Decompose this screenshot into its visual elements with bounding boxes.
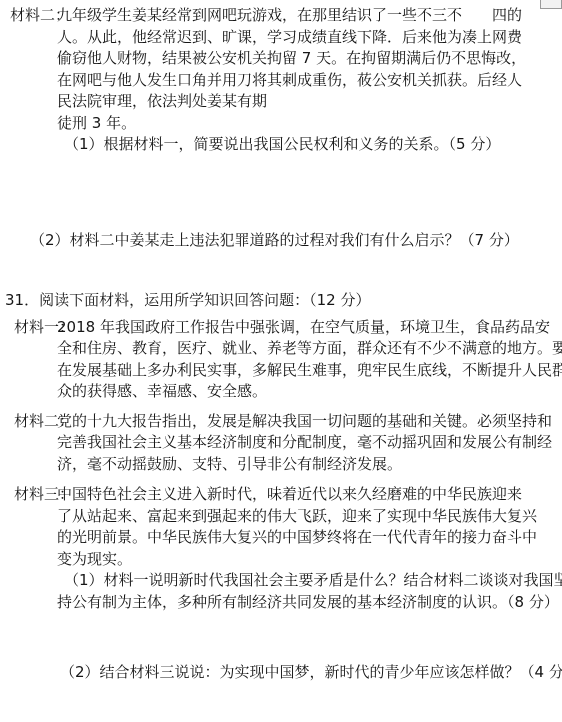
q31-material3-block: 材料三： 中国特色社会主义进入新时代，味着近代以来久经磨难的中华民族迎来 了从站…: [0, 484, 562, 613]
q31-question2-text: （2）结合材料三说说：为实现中国梦，新时代的青少年应该怎样做？（4 分）: [0, 662, 562, 684]
q31-sub-question1-line: （1）材料一说明新时代我国社会主要矛盾是什么？结合材料二谈谈对我国坚: [57, 570, 562, 592]
scanned-exam-page: 材料二： 九年级学生姜某经常到网吧玩游戏，在那里结识了一些不三不 四的 人。从此…: [0, 0, 562, 722]
material2-label: 材料二：: [10, 5, 70, 27]
material2-line: 民法院审理，依法判处姜某有期: [57, 91, 562, 113]
q31-material1-label: 材料一：: [14, 317, 74, 339]
q31-material1-block: 材料一： 2018 年我国政府工作报告中强张调，在空气质量，环境卫生，食品药品安…: [0, 317, 562, 403]
q31-material1-line: 2018 年我国政府工作报告中强张调，在空气质量，环境卫生，食品药品安: [57, 317, 562, 339]
q31-material1-line: 全和住房、教育，医疗、就业、养老等方面，群众还有不少不满意的地方。要: [57, 338, 562, 360]
q31-material2-label: 材料二：: [14, 411, 74, 433]
q31-sub-question1-line: 持公有制为主体，多种所有制经济共同发展的基本经济制度的认识。（8 分）: [57, 592, 562, 614]
question2-text: （2）材料二中姜某走上违法犯罪道路的过程对我们有什么启示？（7 分）: [0, 230, 562, 252]
q31-material3-line: 了从站起来、富起来到强起来的伟大飞跃，迎来了实现中华民族伟大复兴: [57, 506, 562, 528]
q31-material3-line: 的光明前景。中华民族伟大复兴的中国梦终将在一代代青年的接力奋斗中: [57, 527, 562, 549]
q31-material2-line: 济，毫不动摇鼓励、支特、引导非公有制经济发展。: [57, 454, 562, 476]
material2-line: 九年级学生姜某经常到网吧玩游戏，在那里结识了一些不三不 四的: [57, 5, 562, 27]
q31-material3-line: 变为现实。: [57, 549, 562, 571]
material2-line: 偷窃他人财物，结果被公安机关拘留 7 天。在拘留期满后仍不思悔改，: [57, 48, 562, 70]
q31-material2-line: 完善我国社会主义基本经济制度和分配制度，毫不动摇巩固和发展公有制经: [57, 432, 562, 454]
q31-material2-block: 材料二： 党的十九大报告指出，发展是解决我国一切问题的基础和关键。必须坚持和 完…: [0, 411, 562, 476]
material2-line: 在网吧与他人发生口角并用刀将其刺成重伤，莜公安机关抓获。后经人: [57, 70, 562, 92]
material2-line: 人。从此，他经常迟到、旷课，学习成绩直线下降．后来他为凑上网费: [57, 27, 562, 49]
q31-material1-line: 众的获得感、幸福感、安全感。: [57, 381, 562, 403]
material2-line: 徒刑 3 年。: [57, 113, 562, 135]
material2-block: 材料二： 九年级学生姜某经常到网吧玩游戏，在那里结识了一些不三不 四的 人。从此…: [0, 5, 562, 156]
question31-heading: 31．阅读下面材料，运用所学知识回答问题：（12 分）: [0, 290, 562, 312]
question1-text: （1）根据材料一，简要说出我国公民权利和义务的关系。（5 分）: [57, 134, 562, 156]
q31-material3-line: 中国特色社会主义进入新时代，味着近代以来久经磨难的中华民族迎来: [57, 484, 562, 506]
q31-material2-line: 党的十九大报告指出，发展是解决我国一切问题的基础和关键。必须坚持和: [57, 411, 562, 433]
q31-material1-line: 在发展基础上多办利民实事，多解民生难事，兜牢民生底线，不断提升人民群: [57, 360, 562, 382]
q31-material3-label: 材料三：: [14, 484, 74, 506]
